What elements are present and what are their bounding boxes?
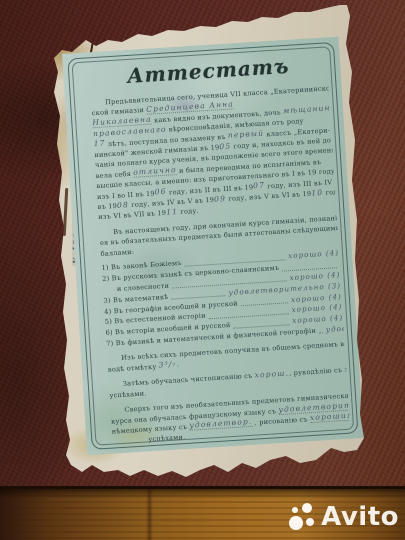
watermark-text: Avito bbox=[321, 503, 399, 532]
handwritten-text: 17 bbox=[93, 139, 105, 149]
handwritten-text: 07 bbox=[253, 181, 265, 191]
dotted-leader bbox=[319, 333, 323, 334]
avito-dot-icon bbox=[306, 518, 314, 526]
handwritten-text: хорош. bbox=[254, 368, 289, 379]
printed-text: успѣхами. bbox=[148, 433, 185, 443]
printed-text: , рукодѣлію съ bbox=[289, 366, 345, 377]
handwritten-text: первый bbox=[228, 129, 265, 140]
wood-grain-line bbox=[146, 489, 153, 540]
handwritten-text: мѣщанина bbox=[283, 104, 331, 115]
handwritten-text: 11 bbox=[166, 207, 178, 217]
handwritten-text: 09 bbox=[214, 194, 226, 204]
printed-text: успѣхами. bbox=[109, 389, 146, 399]
certificate-content: Аттестатъ Предъявительница сего, ученица… bbox=[89, 49, 351, 445]
avito-logo-icon bbox=[289, 503, 316, 532]
handwritten-grade: удовлетв. (3) bbox=[326, 324, 345, 336]
handwritten-text: 10 bbox=[311, 187, 323, 197]
handwritten-text: хорошими bbox=[310, 412, 350, 424]
certificate-page: Аттестатъ Предъявительница сего, ученица… bbox=[62, 37, 364, 456]
avito-dot-icon bbox=[302, 503, 312, 513]
avito-watermark: Avito bbox=[289, 503, 399, 532]
printed-text: водѣ отмѣтку bbox=[108, 362, 159, 373]
handwritten-text: 06 bbox=[154, 187, 166, 197]
handwritten-text: 08 bbox=[117, 200, 129, 210]
printed-text: году, bbox=[323, 188, 336, 197]
avito-dot-icon bbox=[289, 516, 303, 530]
document-body-lines: Предъявительница сего, ученица VII класс… bbox=[91, 83, 339, 259]
printed-text: году. bbox=[178, 207, 199, 216]
avito-dot-icon bbox=[292, 507, 298, 513]
printed-text: въ 19 bbox=[97, 202, 117, 211]
handwritten-text: 3⁵/₇. bbox=[158, 360, 180, 370]
document-closing-lines: Изъ всѣхъ сихъ предметовъ получила въ об… bbox=[107, 339, 350, 447]
printed-text: изъ VI въ VII въ 19 bbox=[98, 209, 166, 221]
subject-grade-list: 1) Въ законѣ Божіемъхорошо (4)2) Въ русс… bbox=[101, 248, 344, 349]
printed-text: баллами: bbox=[100, 248, 134, 258]
handwritten-text: 05 bbox=[219, 141, 231, 151]
